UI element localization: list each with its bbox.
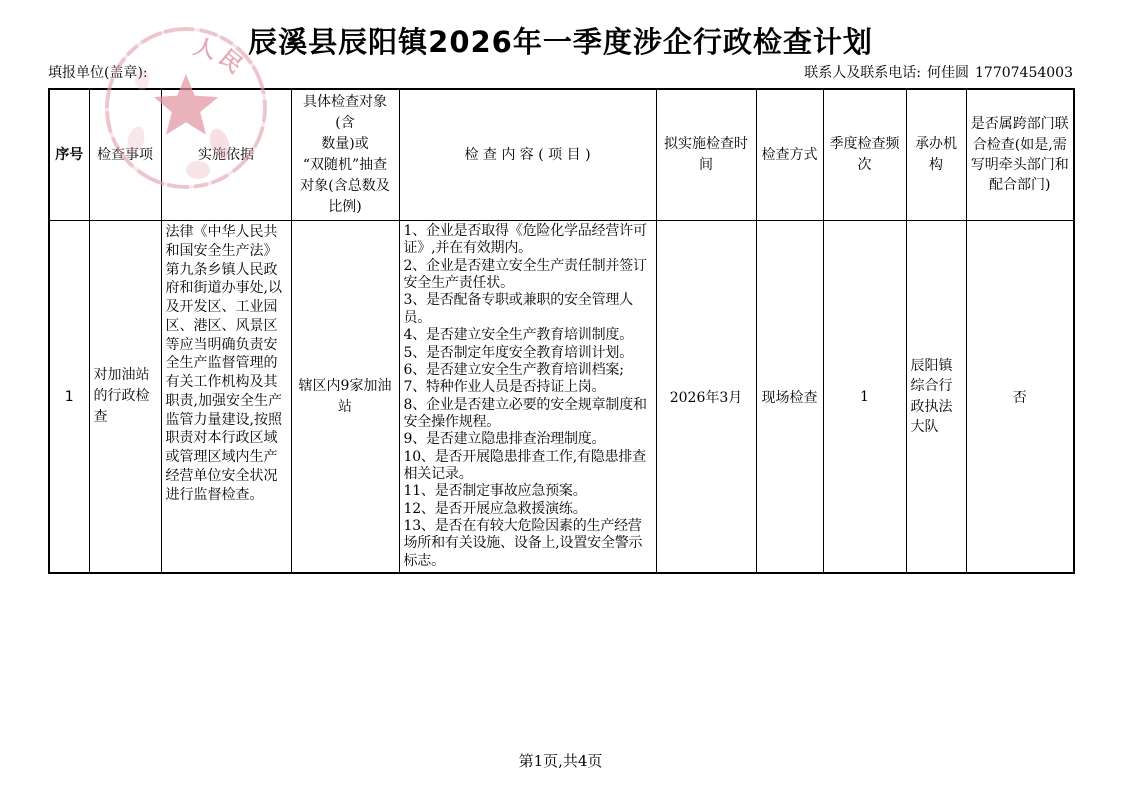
table-row: 1 对加油站的行政检查 法律《中华人民共和国安全生产法》第九条乡镇人民政府和街道…	[49, 221, 1074, 574]
fill-unit-label: 填报单位(盖章):	[48, 62, 148, 82]
col-header-basis: 实施依据	[161, 89, 291, 221]
col-header-content: 检 查 内 容 ( 项 目 )	[399, 89, 656, 221]
cell-inspection-content: 1、企业是否取得《危险化学品经营许可证》,并在有效期内。 2、企业是否建立安全生…	[399, 221, 656, 574]
col-header-time: 拟实施检查时间	[656, 89, 756, 221]
cell-index: 1	[49, 221, 89, 574]
cell-method: 现场检查	[756, 221, 823, 574]
document-page: 辰溪县辰阳镇2026年一季度涉企行政检查计划 填报单位(盖章): 联系人及联系电…	[0, 0, 1121, 793]
page-number: 第1页,共4页	[0, 750, 1121, 771]
contact-phone: 17707454003	[975, 65, 1073, 81]
cell-legal-basis: 法律《中华人民共和国安全生产法》第九条乡镇人民政府和街道办事处,以及开发区、工业…	[161, 221, 291, 574]
cell-inspection-target: 辖区内9家加油站	[291, 221, 399, 574]
inspection-plan-table: 序号 检查事项 实施依据 具体检查对象(含 数量)或 “双随机”抽查 对象(含总…	[48, 88, 1075, 574]
meta-row: 填报单位(盖章): 联系人及联系电话:何佳圆17707454003	[48, 62, 1073, 82]
cell-frequency: 1	[823, 221, 906, 574]
contact-name: 何佳圆	[927, 65, 969, 81]
col-header-agency: 承办机构	[906, 89, 966, 221]
page-title: 辰溪县辰阳镇2026年一季度涉企行政检查计划	[0, 20, 1121, 61]
contact-info: 联系人及联系电话:何佳圆17707454003	[798, 62, 1073, 82]
cell-inspection-item: 对加油站的行政检查	[89, 221, 161, 574]
col-header-joint: 是否属跨部门联合检查(如是,需写明牵头部门和配合部门)	[966, 89, 1074, 221]
header-row: 序号 检查事项 实施依据 具体检查对象(含 数量)或 “双随机”抽查 对象(含总…	[49, 89, 1074, 221]
col-header-method: 检查方式	[756, 89, 823, 221]
cell-joint-inspection: 否	[966, 221, 1074, 574]
col-header-frequency: 季度检查频次	[823, 89, 906, 221]
col-header-target: 具体检查对象(含 数量)或 “双随机”抽查 对象(含总数及 比例)	[291, 89, 399, 221]
contact-label: 联系人及联系电话:	[804, 65, 921, 81]
col-header-item: 检查事项	[89, 89, 161, 221]
col-header-index: 序号	[49, 89, 89, 221]
cell-agency: 辰阳镇综合行政执法大队	[906, 221, 966, 574]
col-header-joint-tail: 部门)	[1017, 177, 1050, 193]
cell-planned-time: 2026年3月	[656, 221, 756, 574]
